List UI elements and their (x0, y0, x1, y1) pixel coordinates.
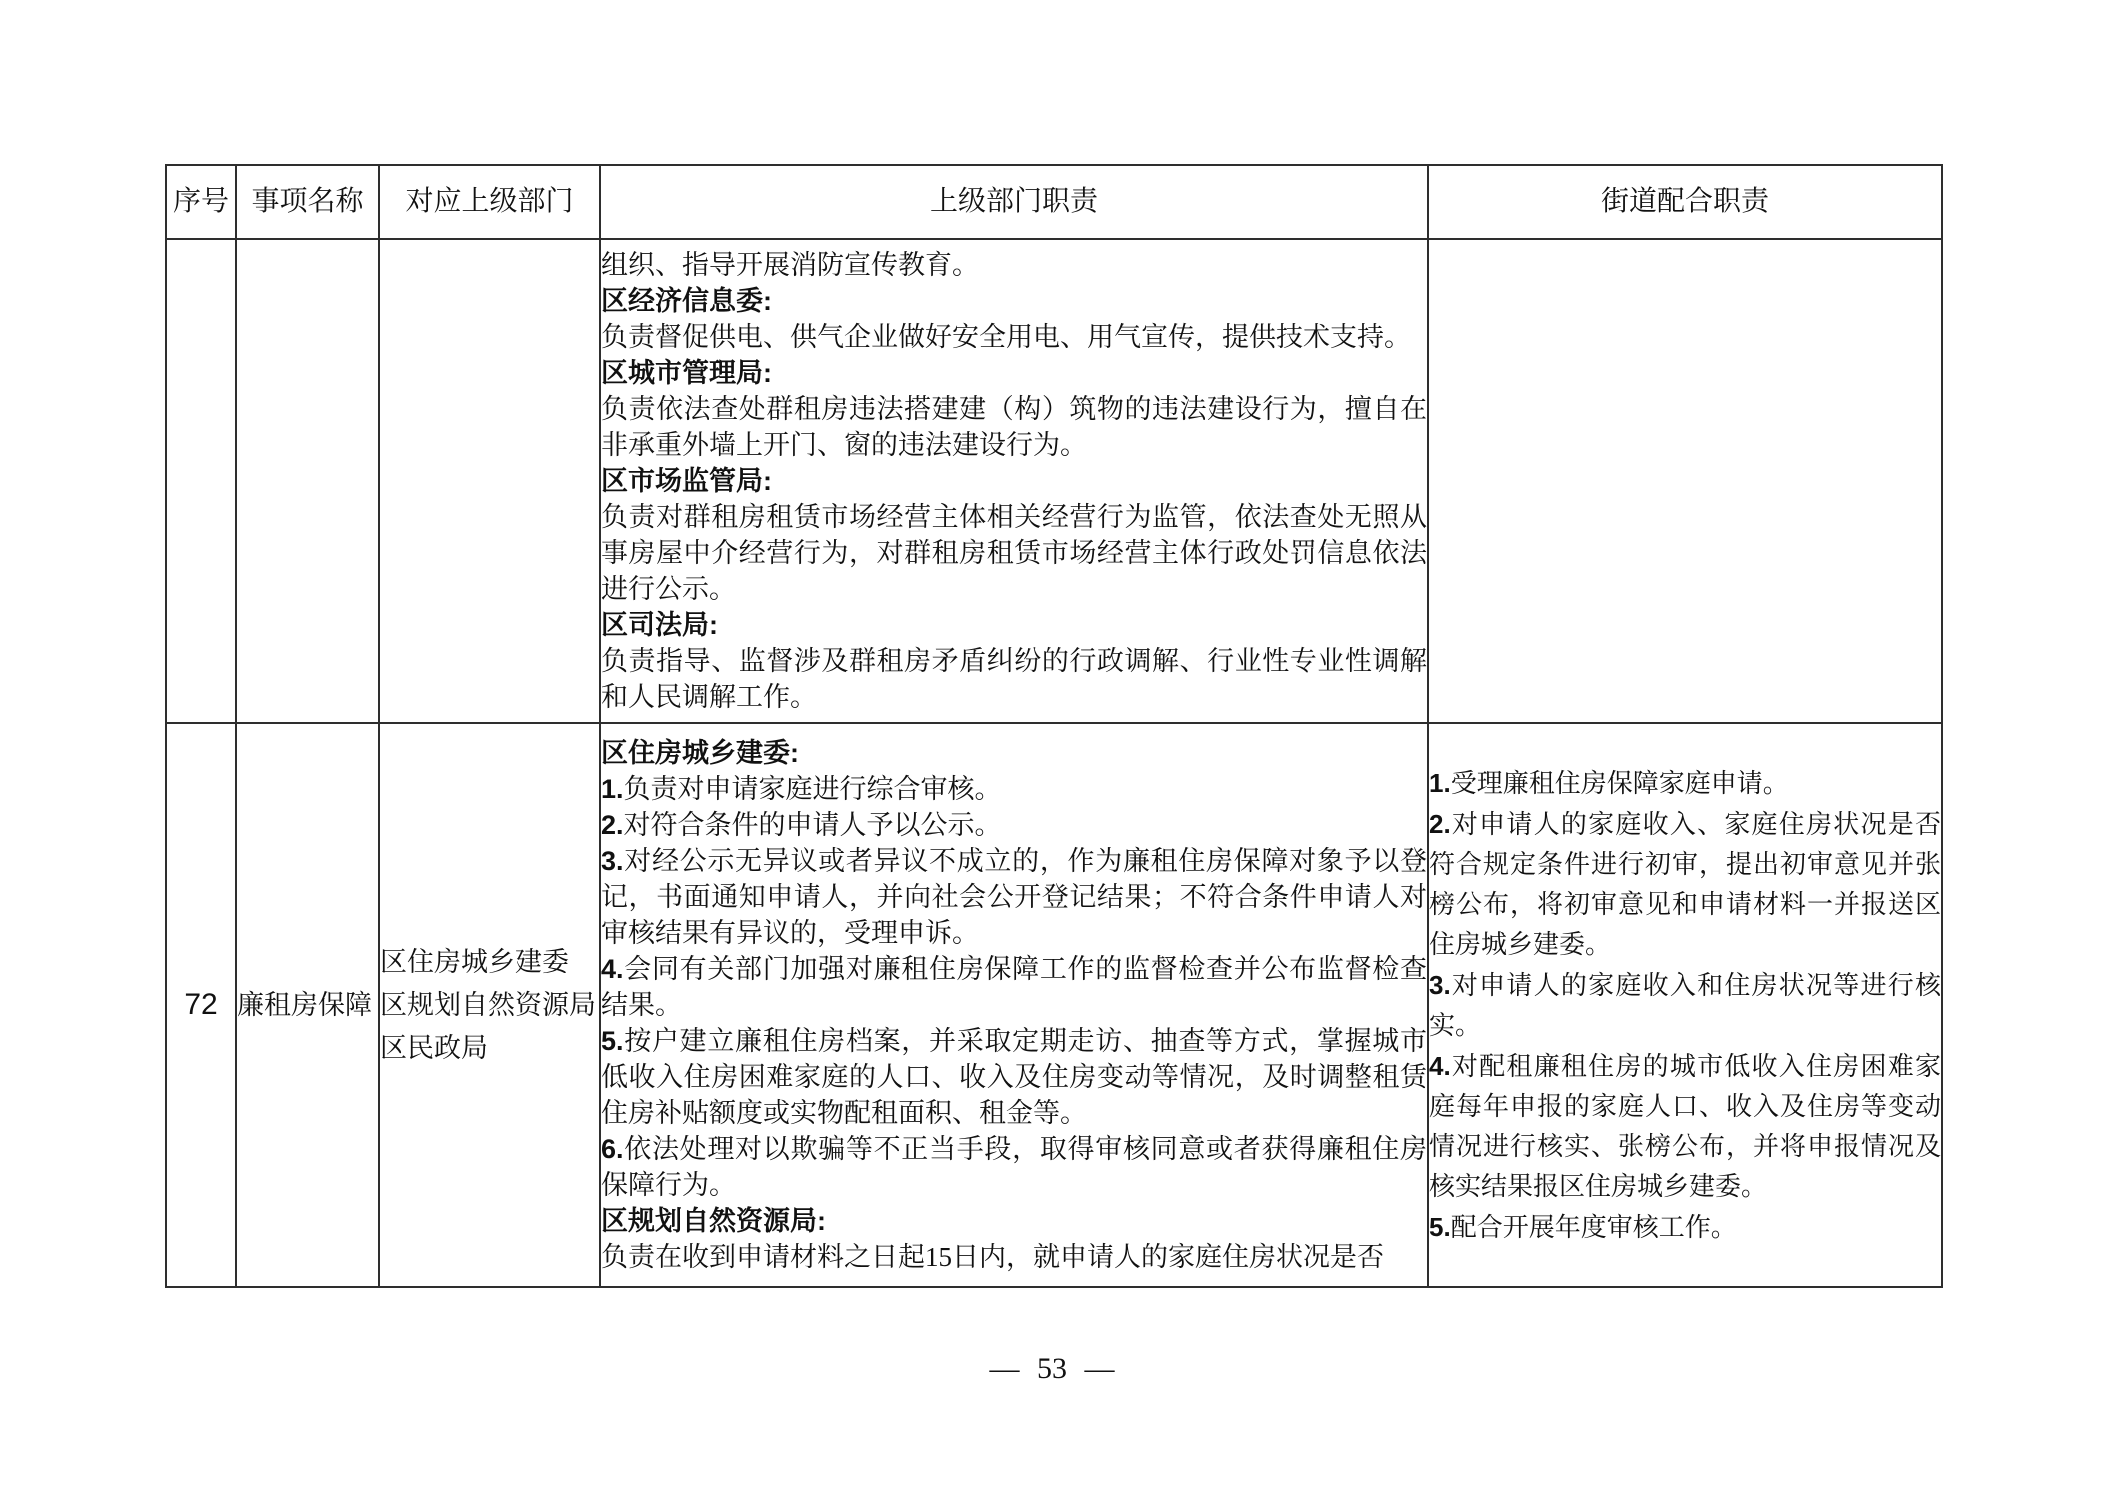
duty-paragraph: 4.对配租廉租住房的城市低收入住房困难家庭每年申报的家庭人口、收入及住房等变动情… (1429, 1046, 1941, 1207)
duty-paragraph: 2.对符合条件的申请人予以公示。 (601, 807, 1427, 843)
department-line: 区规划自然资源局 (380, 984, 599, 1027)
list-number: 1. (601, 774, 624, 804)
header-row: 序号 事项名称 对应上级部门 上级部门职责 街道配合职责 (166, 165, 1942, 239)
list-number: 5. (601, 1026, 624, 1056)
street-duties-cell: 1.受理廉租住房保障家庭申请。2.对申请人的家庭收入、家庭住房状况是否符合规定条… (1428, 723, 1942, 1287)
duty-paragraph: 组织、指导开展消防宣传教育。 (601, 247, 1427, 283)
table-row-continuation: 组织、指导开展消防宣传教育。区经济信息委:负责督促供电、供气企业做好安全用电、用… (166, 239, 1942, 723)
list-number: 2. (1429, 809, 1451, 839)
duty-paragraph: 负责在收到申请材料之日起15日内，就申请人的家庭住房状况是否 (601, 1239, 1427, 1275)
duty-paragraph: 3.对经公示无异议或者异议不成立的，作为廉租住房保障对象予以登记，书面通知申请人… (601, 843, 1427, 951)
duty-paragraph: 区规划自然资源局: (601, 1203, 1427, 1239)
duties-table: 序号 事项名称 对应上级部门 上级部门职责 街道配合职责 组织、指导开展消防宣传… (165, 164, 1943, 1288)
duty-paragraph: 区城市管理局: (601, 355, 1427, 391)
duty-paragraph: 负责督促供电、供气企业做好安全用电、用气宣传，提供技术支持。 (601, 319, 1427, 355)
duty-paragraph: 5.按户建立廉租住房档案，并采取定期走访、抽查等方式，掌握城市低收入住房困难家庭… (601, 1023, 1427, 1131)
duty-paragraph: 1.负责对申请家庭进行综合审核。 (601, 771, 1427, 807)
duty-paragraph: 负责指导、监督涉及群租房矛盾纠纷的行政调解、行业性专业性调解和人民调解工作。 (601, 643, 1427, 715)
item-name-cell-empty (236, 239, 379, 723)
list-number: 5. (1429, 1212, 1451, 1242)
departments-cell-empty (379, 239, 600, 723)
row-index: 72 (184, 988, 217, 1021)
index-cell: 72 (166, 723, 236, 1287)
col-header-item-name: 事项名称 (236, 165, 379, 239)
duty-paragraph: 区经济信息委: (601, 283, 1427, 319)
col-header-index: 序号 (166, 165, 236, 239)
list-number: 4. (1429, 1051, 1451, 1081)
duty-paragraph: 6.依法处理对以欺骗等不正当手段，取得审核同意或者获得廉租住房保障行为。 (601, 1131, 1427, 1203)
duty-paragraph: 4.会同有关部门加强对廉租住房保障工作的监督检查并公布监督检查结果。 (601, 951, 1427, 1023)
duty-paragraph: 区司法局: (601, 607, 1427, 643)
list-number: 3. (1429, 970, 1451, 1000)
duty-paragraph: 区市场监管局: (601, 463, 1427, 499)
duty-paragraph: 3.对申请人的家庭收入和住房状况等进行核实。 (1429, 965, 1941, 1046)
list-number: 4. (601, 954, 624, 984)
duty-paragraph: 1.受理廉租住房保障家庭申请。 (1429, 763, 1941, 804)
superior-duties-cell: 区住房城乡建委:1.负责对申请家庭进行综合审核。2.对符合条件的申请人予以公示。… (600, 723, 1428, 1287)
duty-paragraph: 2.对申请人的家庭收入、家庭住房状况是否符合规定条件进行初审，提出初审意见并张榜… (1429, 804, 1941, 965)
col-header-superior-department: 对应上级部门 (379, 165, 600, 239)
col-header-superior-duties: 上级部门职责 (600, 165, 1428, 239)
col-header-street-duties: 街道配合职责 (1428, 165, 1942, 239)
item-name: 廉租房保障 (237, 983, 378, 1028)
index-cell-empty (166, 239, 236, 723)
document-page: 序号 事项名称 对应上级部门 上级部门职责 街道配合职责 组织、指导开展消防宣传… (0, 0, 2104, 1488)
list-number: 3. (601, 846, 624, 876)
duty-paragraph: 负责对群租房租赁市场经营主体相关经营行为监管，依法查处无照从事房屋中介经营行为，… (601, 499, 1427, 607)
list-number: 6. (601, 1134, 624, 1164)
superior-duties-cell: 组织、指导开展消防宣传教育。区经济信息委:负责督促供电、供气企业做好安全用电、用… (600, 239, 1428, 723)
duty-paragraph: 负责依法查处群租房违法搭建建（构）筑物的违法建设行为，擅自在非承重外墙上开门、窗… (601, 391, 1427, 463)
street-duties-cell-empty (1428, 239, 1942, 723)
table-row-72: 72 廉租房保障 区住房城乡建委区规划自然资源局区民政局 区住房城乡建委:1.负… (166, 723, 1942, 1287)
departments-cell: 区住房城乡建委区规划自然资源局区民政局 (379, 723, 600, 1287)
duty-paragraph: 5.配合开展年度审核工作。 (1429, 1207, 1941, 1248)
page-number: — 53 — (0, 1352, 2104, 1386)
department-line: 区住房城乡建委 (380, 941, 599, 984)
department-line: 区民政局 (380, 1027, 599, 1070)
list-number: 1. (1429, 768, 1451, 798)
list-number: 2. (601, 810, 624, 840)
item-name-cell: 廉租房保障 (236, 723, 379, 1287)
duty-paragraph: 区住房城乡建委: (601, 735, 1427, 771)
